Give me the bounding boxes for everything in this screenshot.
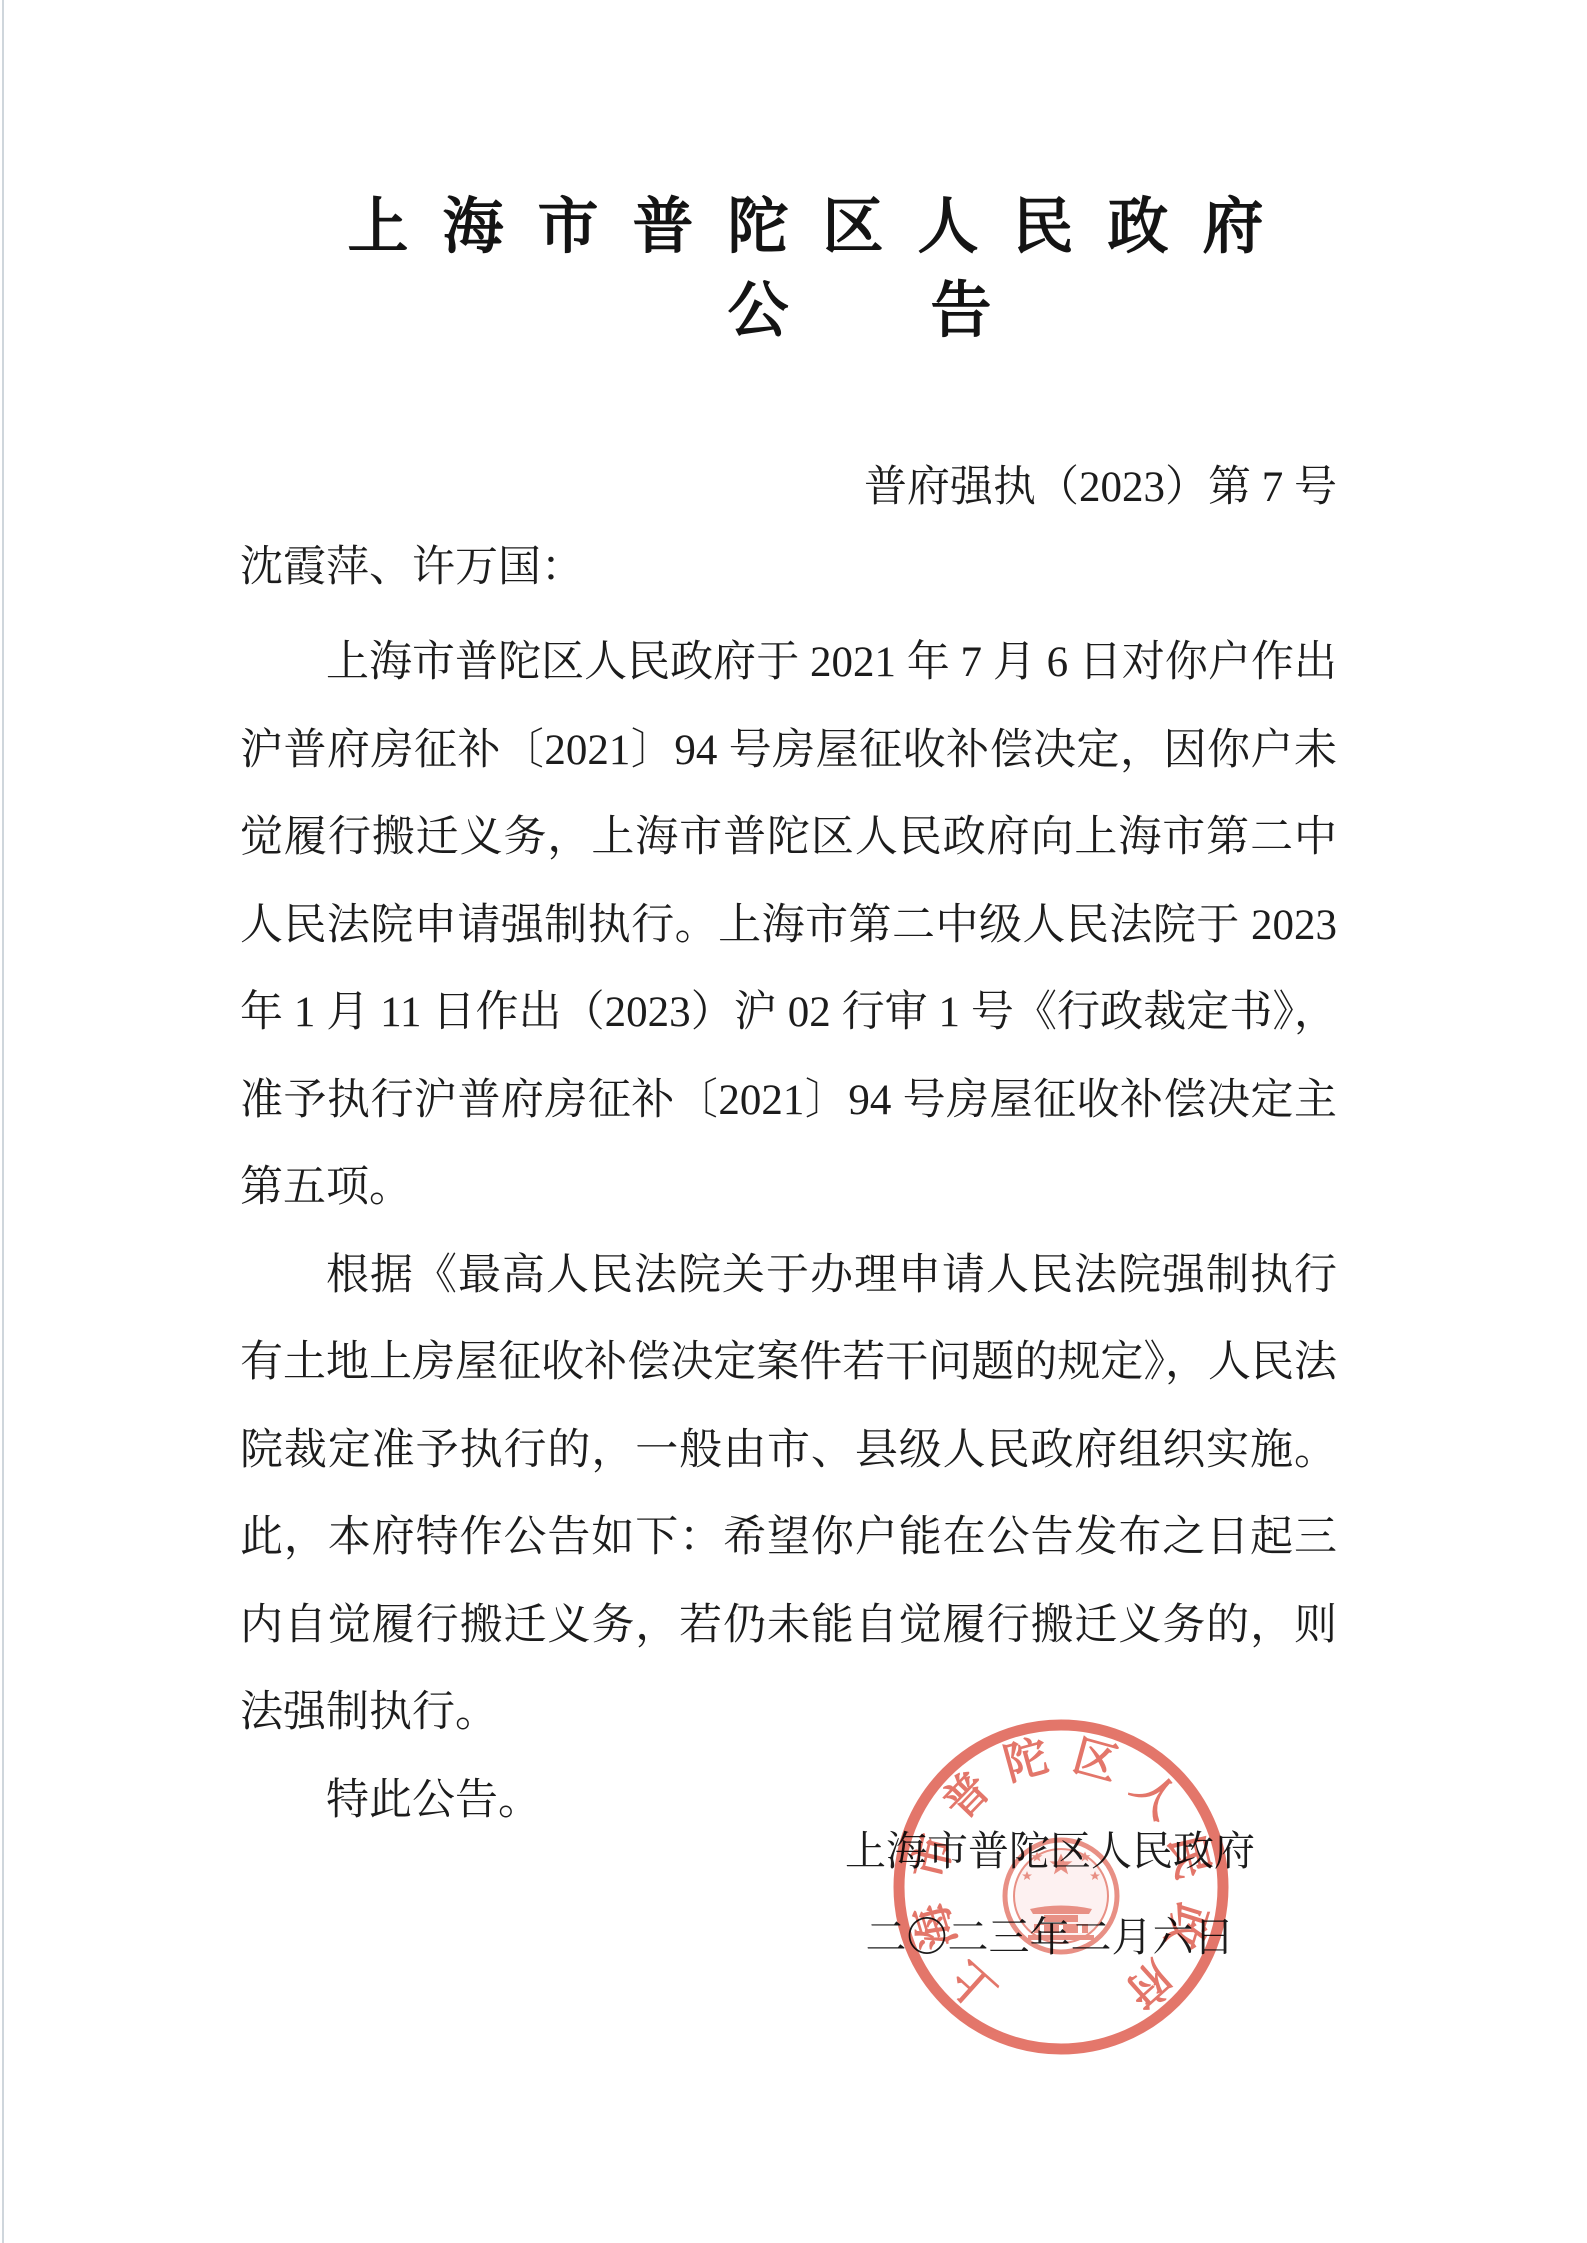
body-line: 准予执行沪普府房征补〔2021〕94 号房屋征收补偿决定主文 [240, 1057, 1337, 1145]
body-line: 年 1 月 11 日作出（2023）沪 02 行审 1 号《行政裁定书》， [240, 969, 1337, 1057]
body-line: 法强制执行。 [240, 1669, 1337, 1757]
document-subtitle-gonggao: 公告 [240, 272, 1479, 352]
addressee-line: 沈霞萍、许万国： [240, 524, 1337, 611]
signature-date: 二〇二三年二月六日 [845, 1894, 1255, 1980]
document-number: 普府强执（2023）第 7 号 [240, 448, 1337, 528]
scan-edge-artifact [2, 0, 4, 2243]
body-line: 第五项。 [240, 1144, 1337, 1232]
document-body: 上海市普陀区人民政府于 2021 年 7 月 6 日对你户作出沪普府房征补〔20… [240, 619, 1337, 1844]
signature-org: 上海市普陀区人民政府 [845, 1808, 1255, 1894]
body-line: 有土地上房屋征收补偿决定案件若干问题的规定》，人民法 [240, 1319, 1337, 1407]
body-line: 人民法院申请强制执行。上海市第二中级人民法院于 2023 [240, 882, 1337, 970]
body-line: 根据《最高人民法院关于办理申请人民法院强制执行国 [240, 1232, 1337, 1320]
body-line: 觉履行搬迁义务，上海市普陀区人民政府向上海市第二中级 [240, 794, 1337, 882]
body-line: 上海市普陀区人民政府于 2021 年 7 月 6 日对你户作出 [240, 619, 1337, 707]
body-line: 此，本府特作公告如下：希望你户能在公告发布之日起三日 [240, 1494, 1337, 1582]
body-line: 沪普府房征补〔2021〕94 号房屋征收补偿决定，因你户未自 [240, 707, 1337, 795]
body-line: 院裁定准予执行的，一般由市、县级人民政府组织实施。为 [240, 1407, 1337, 1495]
signature-block: 上海市普陀区人民政府 二〇二三年二月六日 [845, 1808, 1255, 1980]
body-line: 内自觉履行搬迁义务，若仍未能自觉履行搬迁义务的，则依 [240, 1582, 1337, 1670]
announcement-page: { "document": { "title_line1": "上海市普陀区人民… [0, 0, 1587, 2243]
document-title: 上海市普陀区人民政府 [240, 190, 1371, 266]
